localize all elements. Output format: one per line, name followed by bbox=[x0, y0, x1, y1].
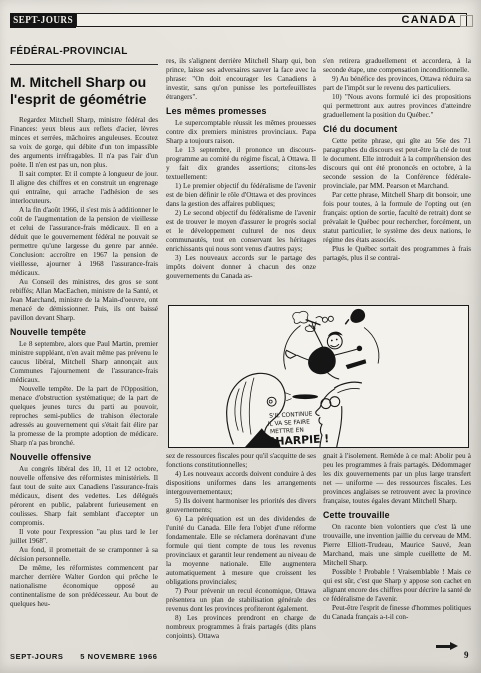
column-3-lower: gnait à l'isolement. Remède à ce mal: Ab… bbox=[323, 452, 471, 622]
paragraph: Par cette phrase, Mitchell Sharp dit bon… bbox=[323, 191, 471, 245]
paragraph: 1) Le premier objectif du fédéralisme de… bbox=[166, 182, 316, 209]
paragraph: Le supercomptable réussit les mêmes prou… bbox=[166, 119, 316, 146]
column-1: FÉDÉRAL-PROVINCIAL M. Mitchell Sharp ou … bbox=[10, 46, 158, 609]
paragraph: 2) Le second objectif du fédéralisme de … bbox=[166, 209, 316, 254]
section-heading: Les mêmes promesses bbox=[166, 106, 316, 116]
magazine-page: SEPT-JOURS CANADA FÉDÉRAL-PROVINCIAL M. … bbox=[0, 0, 481, 673]
paragraph: Regardez Mitchell Sharp, ministre fédéra… bbox=[10, 116, 158, 170]
paragraph: 10) "Nous avons formulé ici des proposit… bbox=[323, 93, 471, 120]
header-bar-stub bbox=[460, 15, 473, 27]
kicker: FÉDÉRAL-PROVINCIAL bbox=[10, 46, 158, 65]
paragraph: 7) Pour prévenir un recul économique, Ot… bbox=[166, 587, 316, 614]
paragraph: s'en retirera graduellement et accordera… bbox=[323, 57, 471, 75]
paragraph: Plus le Québec sortait des programmes à … bbox=[323, 245, 471, 263]
paragraph: sez de ressources fiscales pour qu'il s'… bbox=[166, 452, 316, 470]
paragraph: Le 8 septembre, alors que Paul Martin, p… bbox=[10, 340, 158, 385]
masthead-logo: SEPT-JOURS bbox=[10, 13, 76, 28]
footer-magazine: SEPT-JOURS bbox=[10, 652, 64, 661]
paragraph: 9) Au bénéfice des provinces, Ottawa réd… bbox=[323, 75, 471, 93]
paragraph: 8) Les provinces prendront en charge de … bbox=[166, 614, 316, 641]
footer: SEPT-JOURS 5 NOVEMBRE 1966 bbox=[10, 652, 158, 661]
section-heading: Nouvelle offensive bbox=[10, 452, 158, 462]
cartoon-flying-figure bbox=[284, 309, 379, 379]
paragraph: Au fond, il promettait de se cramponner … bbox=[10, 546, 158, 564]
article-title: M. Mitchell Sharp ou l'esprit de géométr… bbox=[10, 74, 158, 108]
paragraph: Au congrès libéral des 10, 11 et 12 octo… bbox=[10, 465, 158, 528]
paragraph: Peut-être l'esprit de finesse d'hommes p… bbox=[323, 604, 471, 622]
section-heading: Cette trouvaille bbox=[323, 510, 471, 520]
column-2-upper: res, ils s'alignent derrière Mitchell Sh… bbox=[166, 57, 316, 281]
paragraph: Cette petite phrase, qui gîte au 56e des… bbox=[323, 137, 471, 191]
footer-date: 5 NOVEMBRE 1966 bbox=[80, 652, 157, 661]
section-heading: Nouvelle tempête bbox=[10, 327, 158, 337]
column-2-lower: sez de ressources fiscales pour qu'il s'… bbox=[166, 452, 316, 641]
paragraph: 3) Les nouveaux accords sur le partage d… bbox=[166, 254, 316, 281]
paragraph: 5) Ils doivent harmoniser les priorités … bbox=[166, 497, 316, 515]
header-bar: CANADA bbox=[76, 13, 467, 27]
paragraph: Nouvelle tempête. De la part de l'Opposi… bbox=[10, 385, 158, 448]
paragraph: Il sait compter. Et il compte à longueur… bbox=[10, 170, 158, 206]
section-heading: Clé du document bbox=[323, 124, 471, 134]
paragraph: Possible ! Probable ! Vraisemblable ! Ma… bbox=[323, 568, 471, 604]
paragraph: Il vote pour l'expression "au plus tard … bbox=[10, 528, 158, 546]
paragraph: Le 13 septembre, il prononce un discours… bbox=[166, 146, 316, 182]
page-number: 9 bbox=[464, 650, 469, 660]
paragraph: A la fin d'août 1966, il s'est mis à add… bbox=[10, 206, 158, 278]
paragraph: 4) Les nouveaux accords doivent conduire… bbox=[166, 470, 316, 497]
continuation-arrow-icon bbox=[436, 642, 460, 651]
paragraph: De même, les réformistes commencent par … bbox=[10, 564, 158, 609]
caption-line-4: SHARPIE ! bbox=[267, 432, 329, 447]
paragraph: On raconte bien volontiers que c'est là … bbox=[323, 523, 471, 568]
caption-line-1: S'IL CONTINUE bbox=[269, 411, 313, 419]
section-label: CANADA bbox=[402, 14, 457, 26]
masthead-text: SEPT-JOURS bbox=[13, 15, 73, 26]
paragraph: Au Conseil des ministres, des gros se so… bbox=[10, 278, 158, 323]
paragraph: 6) La péréquation est un des dividendes … bbox=[166, 515, 316, 587]
column-3-upper: s'en retirera graduellement et accordera… bbox=[323, 57, 471, 263]
paragraph: gnait à l'isolement. Remède à ce mal: Ab… bbox=[323, 452, 471, 506]
editorial-cartoon: S'IL CONTINUE IL VA SE FAIRE METTRE EN S… bbox=[168, 305, 469, 448]
paragraph: res, ils s'alignent derrière Mitchell Sh… bbox=[166, 57, 316, 102]
caption-line-2: IL VA SE FAIRE bbox=[268, 419, 311, 427]
column-1-text: Regardez Mitchell Sharp, ministre fédéra… bbox=[10, 116, 158, 609]
